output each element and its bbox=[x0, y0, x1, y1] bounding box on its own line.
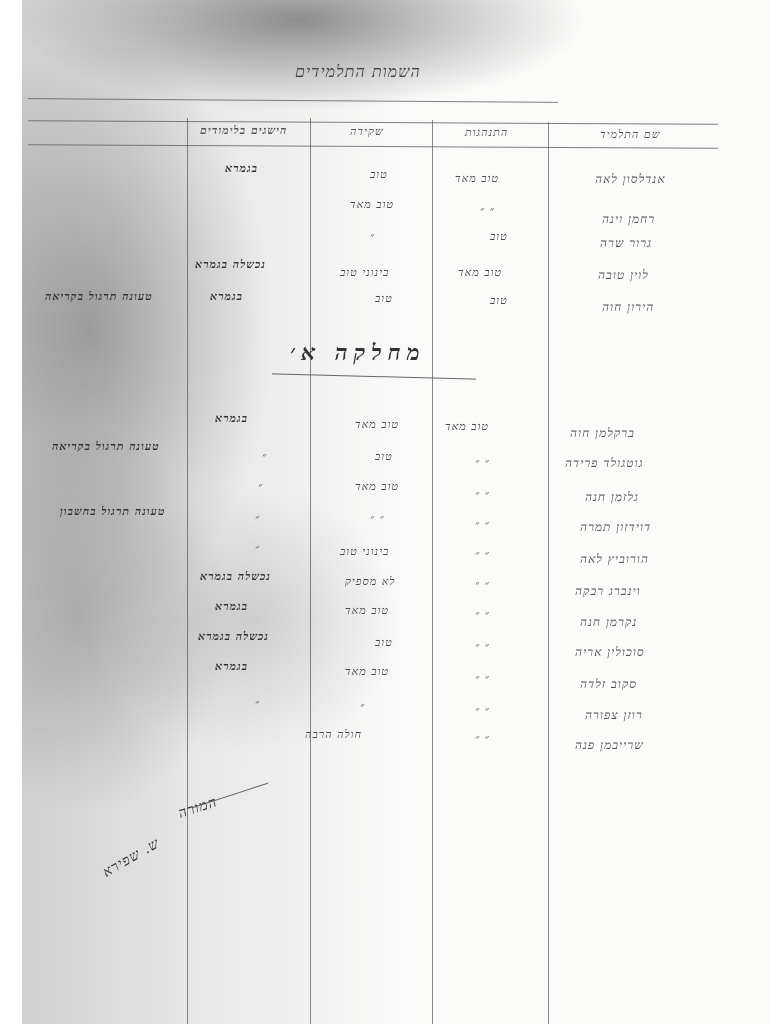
diligence-grade: טוב מאד bbox=[350, 198, 394, 211]
achievement-note: ״ bbox=[255, 697, 260, 710]
behavior-grade: ״ ״ bbox=[475, 672, 490, 685]
student-name: סקוב זלדה bbox=[580, 677, 637, 692]
student-name: הורוביץ לאה bbox=[580, 552, 649, 567]
diligence-grade: ״ ״ bbox=[370, 512, 385, 525]
column-header-behavior: התנהגות bbox=[465, 126, 508, 139]
diligence-grade: חולה הרבה bbox=[305, 728, 362, 741]
remark-note: טעונה תרגול בקריאה bbox=[45, 290, 153, 303]
column-header-name: שם התלמיד bbox=[600, 128, 661, 141]
student-name: גלזמן חנה bbox=[585, 490, 639, 505]
achievement-note: ״ bbox=[255, 512, 260, 525]
diligence-grade: טוב bbox=[375, 292, 393, 305]
column-divider-1 bbox=[187, 118, 188, 1024]
behavior-grade: ״ ״ bbox=[475, 640, 490, 653]
diligence-grade: טוב מאד bbox=[345, 604, 389, 617]
diligence-grade: בינוני טוב bbox=[340, 545, 389, 558]
page-title: השמות התלמידים bbox=[295, 62, 421, 82]
student-name: וינברג רבקה bbox=[575, 584, 641, 599]
diligence-grade: טוב מאד bbox=[345, 665, 389, 678]
section-heading: מחלקה א׳ bbox=[290, 340, 426, 366]
remark-note: טעונה תרגול בקריאה bbox=[52, 440, 160, 453]
diligence-grade: בינוני טוב bbox=[340, 266, 389, 279]
achievement-note: בגמרא bbox=[215, 660, 248, 673]
diligence-grade: ״ bbox=[370, 230, 375, 243]
achievement-note: בגמרא bbox=[210, 290, 243, 303]
student-name: ברקלמן חוה bbox=[570, 426, 635, 441]
student-name: לוין טובה bbox=[598, 268, 649, 283]
achievement-note: בגמרא bbox=[225, 162, 258, 175]
behavior-grade: טוב bbox=[490, 294, 508, 307]
diligence-grade: טוב bbox=[370, 168, 388, 181]
achievement-note: ״ bbox=[262, 450, 267, 463]
behavior-grade: ״ ״ bbox=[475, 704, 490, 717]
student-name: גרור שרה bbox=[600, 236, 652, 251]
achievement-note: בגמרא bbox=[215, 412, 248, 425]
student-name: שרייבמן פנה bbox=[575, 738, 644, 753]
behavior-grade: ״ ״ bbox=[475, 578, 490, 591]
student-name: אנדלסון לאה bbox=[595, 172, 666, 187]
achievement-note: ״ bbox=[258, 480, 263, 493]
achievement-note: נכשלה בגמרא bbox=[195, 258, 266, 271]
diligence-grade: ״ bbox=[360, 700, 365, 713]
remark-note: טעונה תרגול בחשבון bbox=[60, 505, 165, 518]
behavior-grade: ״ ״ bbox=[475, 456, 490, 469]
behavior-grade: ״ ״ bbox=[475, 732, 490, 745]
column-header-diligence: שקידה bbox=[350, 125, 384, 138]
diligence-grade: טוב bbox=[375, 450, 393, 463]
achievement-note: נכשלה בגמרא bbox=[200, 570, 271, 583]
student-name: סוכולין אריה bbox=[575, 645, 645, 660]
student-name: דוידזון תמרה bbox=[580, 520, 651, 535]
column-divider-4 bbox=[548, 122, 549, 1024]
student-name: הירון חוה bbox=[602, 300, 654, 315]
achievement-note: נכשלה בגמרא bbox=[198, 630, 269, 643]
behavior-grade: טוב מאד bbox=[445, 420, 489, 433]
achievement-note: בגמרא bbox=[215, 600, 248, 613]
student-name: גוטגולד פרידה bbox=[565, 456, 643, 471]
diligence-grade: טוב מאד bbox=[355, 480, 399, 493]
column-header-achievements: הישגים בלימודים bbox=[200, 124, 287, 137]
column-divider-2 bbox=[310, 118, 311, 1024]
student-name: רוזן צפורה bbox=[585, 708, 643, 723]
behavior-grade: ״ ״ bbox=[480, 204, 495, 217]
diligence-grade: טוב bbox=[375, 636, 393, 649]
scan-edge bbox=[0, 0, 22, 1024]
behavior-grade: ״ ״ bbox=[475, 608, 490, 621]
behavior-grade: טוב bbox=[490, 230, 508, 243]
behavior-grade: טוב מאד bbox=[458, 266, 502, 279]
behavior-grade: ״ ״ bbox=[475, 488, 490, 501]
behavior-grade: ״ ״ bbox=[475, 518, 490, 531]
student-name: רחמן וינה bbox=[602, 212, 655, 227]
behavior-grade: טוב מאד bbox=[455, 172, 499, 185]
achievement-note: ״ bbox=[255, 542, 260, 555]
behavior-grade: ״ ״ bbox=[475, 548, 490, 561]
diligence-grade: טוב מאד bbox=[355, 418, 399, 431]
column-divider-3 bbox=[432, 120, 433, 1024]
student-name: נקרמן חנה bbox=[580, 615, 637, 630]
diligence-grade: לא מספיק bbox=[345, 575, 396, 588]
